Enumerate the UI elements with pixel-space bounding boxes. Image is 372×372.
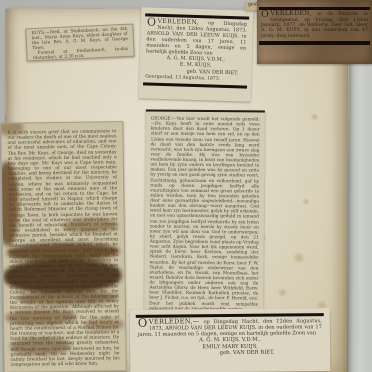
drop-cap: O <box>138 319 148 328</box>
foxing-spot <box>310 113 319 121</box>
foxing-spot <box>302 198 310 205</box>
clipping-overleden-1873-bottom: O VERLEDEN,— op Dingsdag Nacht, den 12de… <box>130 308 331 372</box>
clipping-george-report: GEORGE.—Van hier wordt het volgende geme… <box>144 109 265 310</box>
scrapbook-photo: { "colors":{"page":"#ded6c1","backdrop":… <box>0 0 372 372</box>
ink-stain <box>84 318 124 331</box>
clipping-overleden-1877: O VERLEDEN, in de Pastorie te Georgestad… <box>257 0 372 64</box>
signatory: geb. VAN DER BIET. <box>138 349 322 357</box>
clipping-overleden-1873: O VERLEDEN, op Dingsdag Nacht, den 12den… <box>139 7 254 101</box>
foxing-spot <box>292 252 306 264</box>
rule-bottom <box>143 82 247 89</box>
ink-stain <box>10 337 70 356</box>
drop-cap: O <box>147 19 156 28</box>
notice-body: O VERLEDEN, op Dingsdag Nacht, den 12den… <box>146 19 247 58</box>
notice-body: O VERLEDEN, in de Pastorie te Georgestad… <box>261 11 368 39</box>
clipping-english-obituary: It is with sincere grief that we communi… <box>0 121 126 372</box>
notice-heading: VERLEDEN, <box>270 10 311 17</box>
clipping-stellenbosch-funeral-notice: KUYS.—Died, at Stellenbosch, on the 4th … <box>25 24 134 62</box>
drop-cap: O <box>261 11 269 19</box>
ink-stain <box>3 258 121 294</box>
foxing-spot <box>277 288 288 297</box>
notice-body: O VERLEDEN,— op Dingsdag Nacht, den 12de… <box>138 318 322 339</box>
rule-bottom <box>259 41 370 44</box>
notice-text: op Dingsdag Nacht, den 12den Augustus, 1… <box>146 20 247 56</box>
report-text: GEORGE.—Van hier wordt het volgende geme… <box>149 117 260 311</box>
